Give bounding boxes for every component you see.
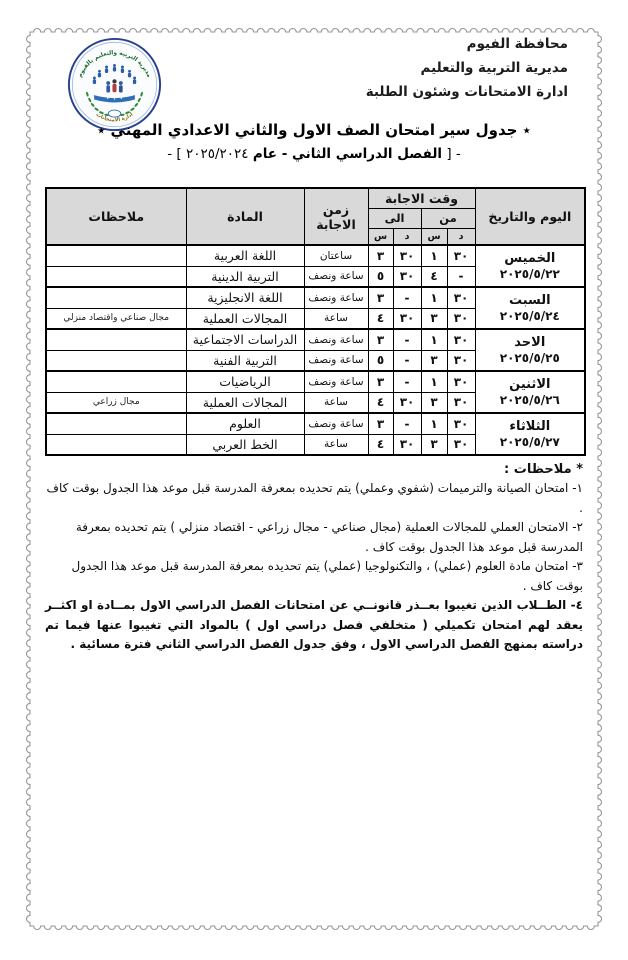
cell-from-minutes: ٣٠ (447, 287, 475, 308)
cell-to-hours: ٣ (368, 287, 393, 308)
cell-from-minutes: ٣٠ (447, 413, 475, 434)
day-name: السبت (478, 293, 583, 309)
day-date: ٢٠٢٥/٥/٢٥ (478, 351, 583, 366)
day-cell: الاحد ٢٠٢٥/٥/٢٥ (475, 329, 585, 371)
subtitle-open: - [ (446, 146, 460, 162)
cell-to-hours: ٤ (368, 308, 393, 329)
cell-subject: الرياضيات (186, 371, 304, 392)
day-cell: السبت ٢٠٢٥/٥/٢٤ (475, 287, 585, 329)
cell-to-minutes: ٣٠ (393, 392, 421, 413)
page-subtitle: - [ الفصل الدراسي الثاني - عام ٢٠٢٥/٢٠٢٤… (0, 146, 628, 162)
note-item-2: ٢- الامتحان العملي للمجالات العملية (مجا… (45, 518, 583, 557)
table-row: الاحد ٢٠٢٥/٥/٢٥ ٣٠ ١ - ٣ ساعة ونصف الدرا… (46, 329, 585, 350)
cell-subject: التربية الفنية (186, 350, 304, 371)
day-date: ٢٠٢٥/٥/٢٦ (478, 393, 583, 408)
cell-from-hours: ٣ (421, 392, 447, 413)
cell-from-minutes: ٣٠ (447, 434, 475, 455)
header-from: من (421, 208, 475, 228)
cell-from-minutes: ٣٠ (447, 392, 475, 413)
day-name: الخميس (478, 251, 583, 267)
cell-to-hours: ٣ (368, 371, 393, 392)
cell-to-minutes: - (393, 371, 421, 392)
cell-to-hours: ٤ (368, 392, 393, 413)
day-cell: الخميس ٢٠٢٥/٥/٢٢ (475, 245, 585, 287)
header-from-hours: س (421, 228, 447, 245)
cell-subject: اللغة العربية (186, 245, 304, 266)
cell-duration: ساعتان (304, 245, 368, 266)
cell-to-minutes: ٣٠ (393, 308, 421, 329)
cell-notes (46, 245, 186, 266)
notes-section: * ملاحظات : ١- امتحان الصيانة والترميمات… (45, 462, 583, 655)
cell-to-hours: ٣ (368, 245, 393, 266)
header-to: الى (368, 208, 421, 228)
cell-notes: مجال زراعي (46, 392, 186, 413)
org-line-administration: ادارة الامتحانات وشئون الطلبة (366, 80, 568, 104)
cell-from-hours: ٣ (421, 350, 447, 371)
exam-table: اليوم والتاريخ وقت الاجابة زمن الاجابة ا… (45, 187, 586, 456)
cell-from-minutes: - (447, 266, 475, 287)
org-block: محافظة الفيوم مديرية التربية والتعليم اد… (366, 32, 568, 104)
cell-duration: ساعة ونصف (304, 413, 368, 434)
cell-from-hours: ٣ (421, 434, 447, 455)
note-item-4: ٤- الطــلاب الذين تغيبوا بعــذر قانونــي… (45, 596, 583, 655)
cell-from-minutes: ٣٠ (447, 329, 475, 350)
cell-duration: ساعة (304, 308, 368, 329)
header-notes: ملاحظات (46, 188, 186, 245)
cell-from-hours: ١ (421, 413, 447, 434)
subtitle-close: ] - (167, 146, 181, 162)
org-line-governorate: محافظة الفيوم (366, 32, 568, 56)
document-page: { "header": { "org_lines": [ "محافظة الف… (0, 0, 628, 960)
header-duration: زمن الاجابة (304, 188, 368, 245)
cell-notes (46, 413, 186, 434)
cell-from-hours: ٤ (421, 266, 447, 287)
cell-from-minutes: ٣٠ (447, 308, 475, 329)
note-item-1: ١- امتحان الصيانة والترميمات (شفوي وعملي… (45, 479, 583, 518)
cell-from-hours: ١ (421, 329, 447, 350)
header-to-minutes: د (393, 228, 421, 245)
cell-subject: التربية الدينية (186, 266, 304, 287)
logo-family-icon (106, 79, 122, 92)
day-name: الاحد (478, 335, 583, 351)
cell-duration: ساعة ونصف (304, 371, 368, 392)
header-answer-time: وقت الاجابة (368, 188, 475, 208)
table-row: الاثنين ٢٠٢٥/٥/٢٦ ٣٠ ١ - ٣ ساعة ونصف الر… (46, 371, 585, 392)
subtitle-year: ٢٠٢٥/٢٠٢٤ (186, 146, 249, 162)
cell-notes (46, 371, 186, 392)
cell-duration: ساعة (304, 392, 368, 413)
cell-to-minutes: ٣٠ (393, 434, 421, 455)
logo-bottom-ellipse (108, 110, 121, 117)
cell-to-hours: ٣ (368, 329, 393, 350)
cell-from-hours: ١ (421, 287, 447, 308)
cell-subject: العلوم (186, 413, 304, 434)
cell-duration: ساعة ونصف (304, 329, 368, 350)
cell-to-hours: ٤ (368, 434, 393, 455)
cell-to-minutes: ٣٠ (393, 245, 421, 266)
notes-title: * ملاحظات : (45, 462, 583, 477)
cell-notes (46, 434, 186, 455)
header-day-date: اليوم والتاريخ (475, 188, 585, 245)
header-subject: المادة (186, 188, 304, 245)
cell-from-minutes: ٣٠ (447, 350, 475, 371)
day-cell: الاثنين ٢٠٢٥/٥/٢٦ (475, 371, 585, 413)
cell-to-minutes: - (393, 413, 421, 434)
cell-from-hours: ١ (421, 371, 447, 392)
cell-subject: المجالات العملية (186, 392, 304, 413)
cell-subject: الخط العربي (186, 434, 304, 455)
note-item-3: ٣- امتحان مادة العلوم (عملي) ، والتكنولو… (45, 557, 583, 596)
day-name: الثلاثاء (478, 419, 583, 435)
page-title: ٭ جدول سير امتحان الصف الاول والثاني الا… (0, 121, 628, 139)
cell-to-minutes: - (393, 350, 421, 371)
subtitle-label: الفصل الدراسي الثاني - عام (253, 146, 442, 162)
titles-block: ٭ جدول سير امتحان الصف الاول والثاني الا… (0, 121, 628, 162)
cell-duration: ساعة ونصف (304, 266, 368, 287)
cell-to-minutes: - (393, 329, 421, 350)
cell-from-minutes: ٣٠ (447, 371, 475, 392)
cell-notes: مجال صناعي واقتصاد منزلي (46, 308, 186, 329)
header-from-minutes: د (447, 228, 475, 245)
day-date: ٢٠٢٥/٥/٢٢ (478, 267, 583, 282)
cell-to-hours: ٣ (368, 413, 393, 434)
day-date: ٢٠٢٥/٥/٢٤ (478, 309, 583, 324)
table-row: الثلاثاء ٢٠٢٥/٥/٢٧ ٣٠ ١ - ٣ ساعة ونصف ال… (46, 413, 585, 434)
cell-subject: المجالات العملية (186, 308, 304, 329)
cell-to-minutes: - (393, 287, 421, 308)
cell-duration: ساعة ونصف (304, 287, 368, 308)
cell-to-hours: ٥ (368, 266, 393, 287)
school-logo: مديرية التربية والتعليم بالفيوم ادارة ال… (66, 36, 163, 133)
org-line-directorate: مديرية التربية والتعليم (366, 56, 568, 80)
day-name: الاثنين (478, 377, 583, 393)
table-row: السبت ٢٠٢٥/٥/٢٤ ٣٠ ١ - ٣ ساعة ونصف اللغة… (46, 287, 585, 308)
cell-duration: ساعة (304, 434, 368, 455)
header-to-hours: س (368, 228, 393, 245)
cell-notes (46, 266, 186, 287)
exam-schedule: اليوم والتاريخ وقت الاجابة زمن الاجابة ا… (45, 187, 586, 456)
cell-subject: الدراسات الاجتماعية (186, 329, 304, 350)
cell-subject: اللغة الانجليزية (186, 287, 304, 308)
cell-duration: ساعة ونصف (304, 350, 368, 371)
cell-notes (46, 350, 186, 371)
cell-notes (46, 287, 186, 308)
cell-from-hours: ١ (421, 245, 447, 266)
cell-from-minutes: ٣٠ (447, 245, 475, 266)
day-date: ٢٠٢٥/٥/٢٧ (478, 435, 583, 450)
cell-from-hours: ٣ (421, 308, 447, 329)
cell-to-hours: ٥ (368, 350, 393, 371)
cell-notes (46, 329, 186, 350)
day-cell: الثلاثاء ٢٠٢٥/٥/٢٧ (475, 413, 585, 455)
table-row: الخميس ٢٠٢٥/٥/٢٢ ٣٠ ١ ٣٠ ٣ ساعتان اللغة … (46, 245, 585, 266)
cell-to-minutes: ٣٠ (393, 266, 421, 287)
